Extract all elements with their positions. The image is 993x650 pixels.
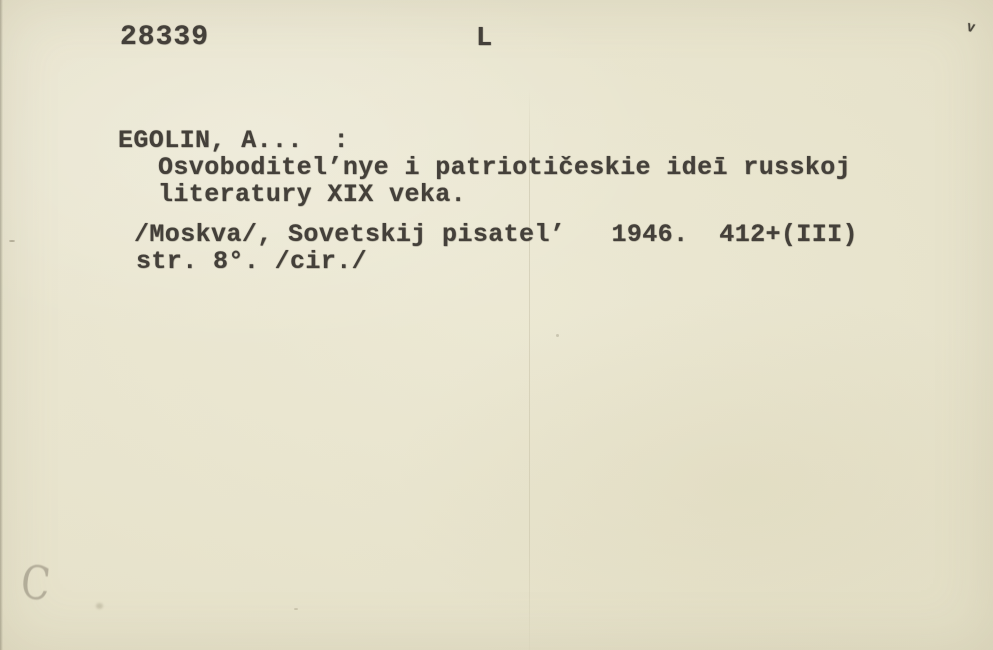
author-heading: EGOLIN, A... : — [118, 127, 349, 154]
card-left-edge-shadow — [0, 0, 3, 650]
title-line-2: literatury XIX veka. — [158, 181, 466, 208]
title-line-1: Osvoboditel’nye i patriotičeskie ideī ru… — [158, 154, 851, 181]
catalog-card: 28339 L EGOLIN, A... : Osvoboditel’nye i… — [0, 0, 993, 650]
section-letter: L — [476, 26, 493, 53]
paper-smudge — [96, 603, 103, 609]
pencil-mark-c: C — [18, 555, 52, 612]
imprint-line-2: str. 8°. /cir./ — [136, 248, 367, 275]
paper-speck — [294, 608, 298, 610]
imprint-line-1: /Moskva/, Sovetskij pisatel’ 1946. 412+(… — [134, 221, 858, 248]
call-number: 28339 — [120, 24, 209, 51]
paper-speck — [9, 240, 15, 242]
check-mark: v — [965, 18, 977, 37]
paper-speck — [556, 334, 559, 337]
